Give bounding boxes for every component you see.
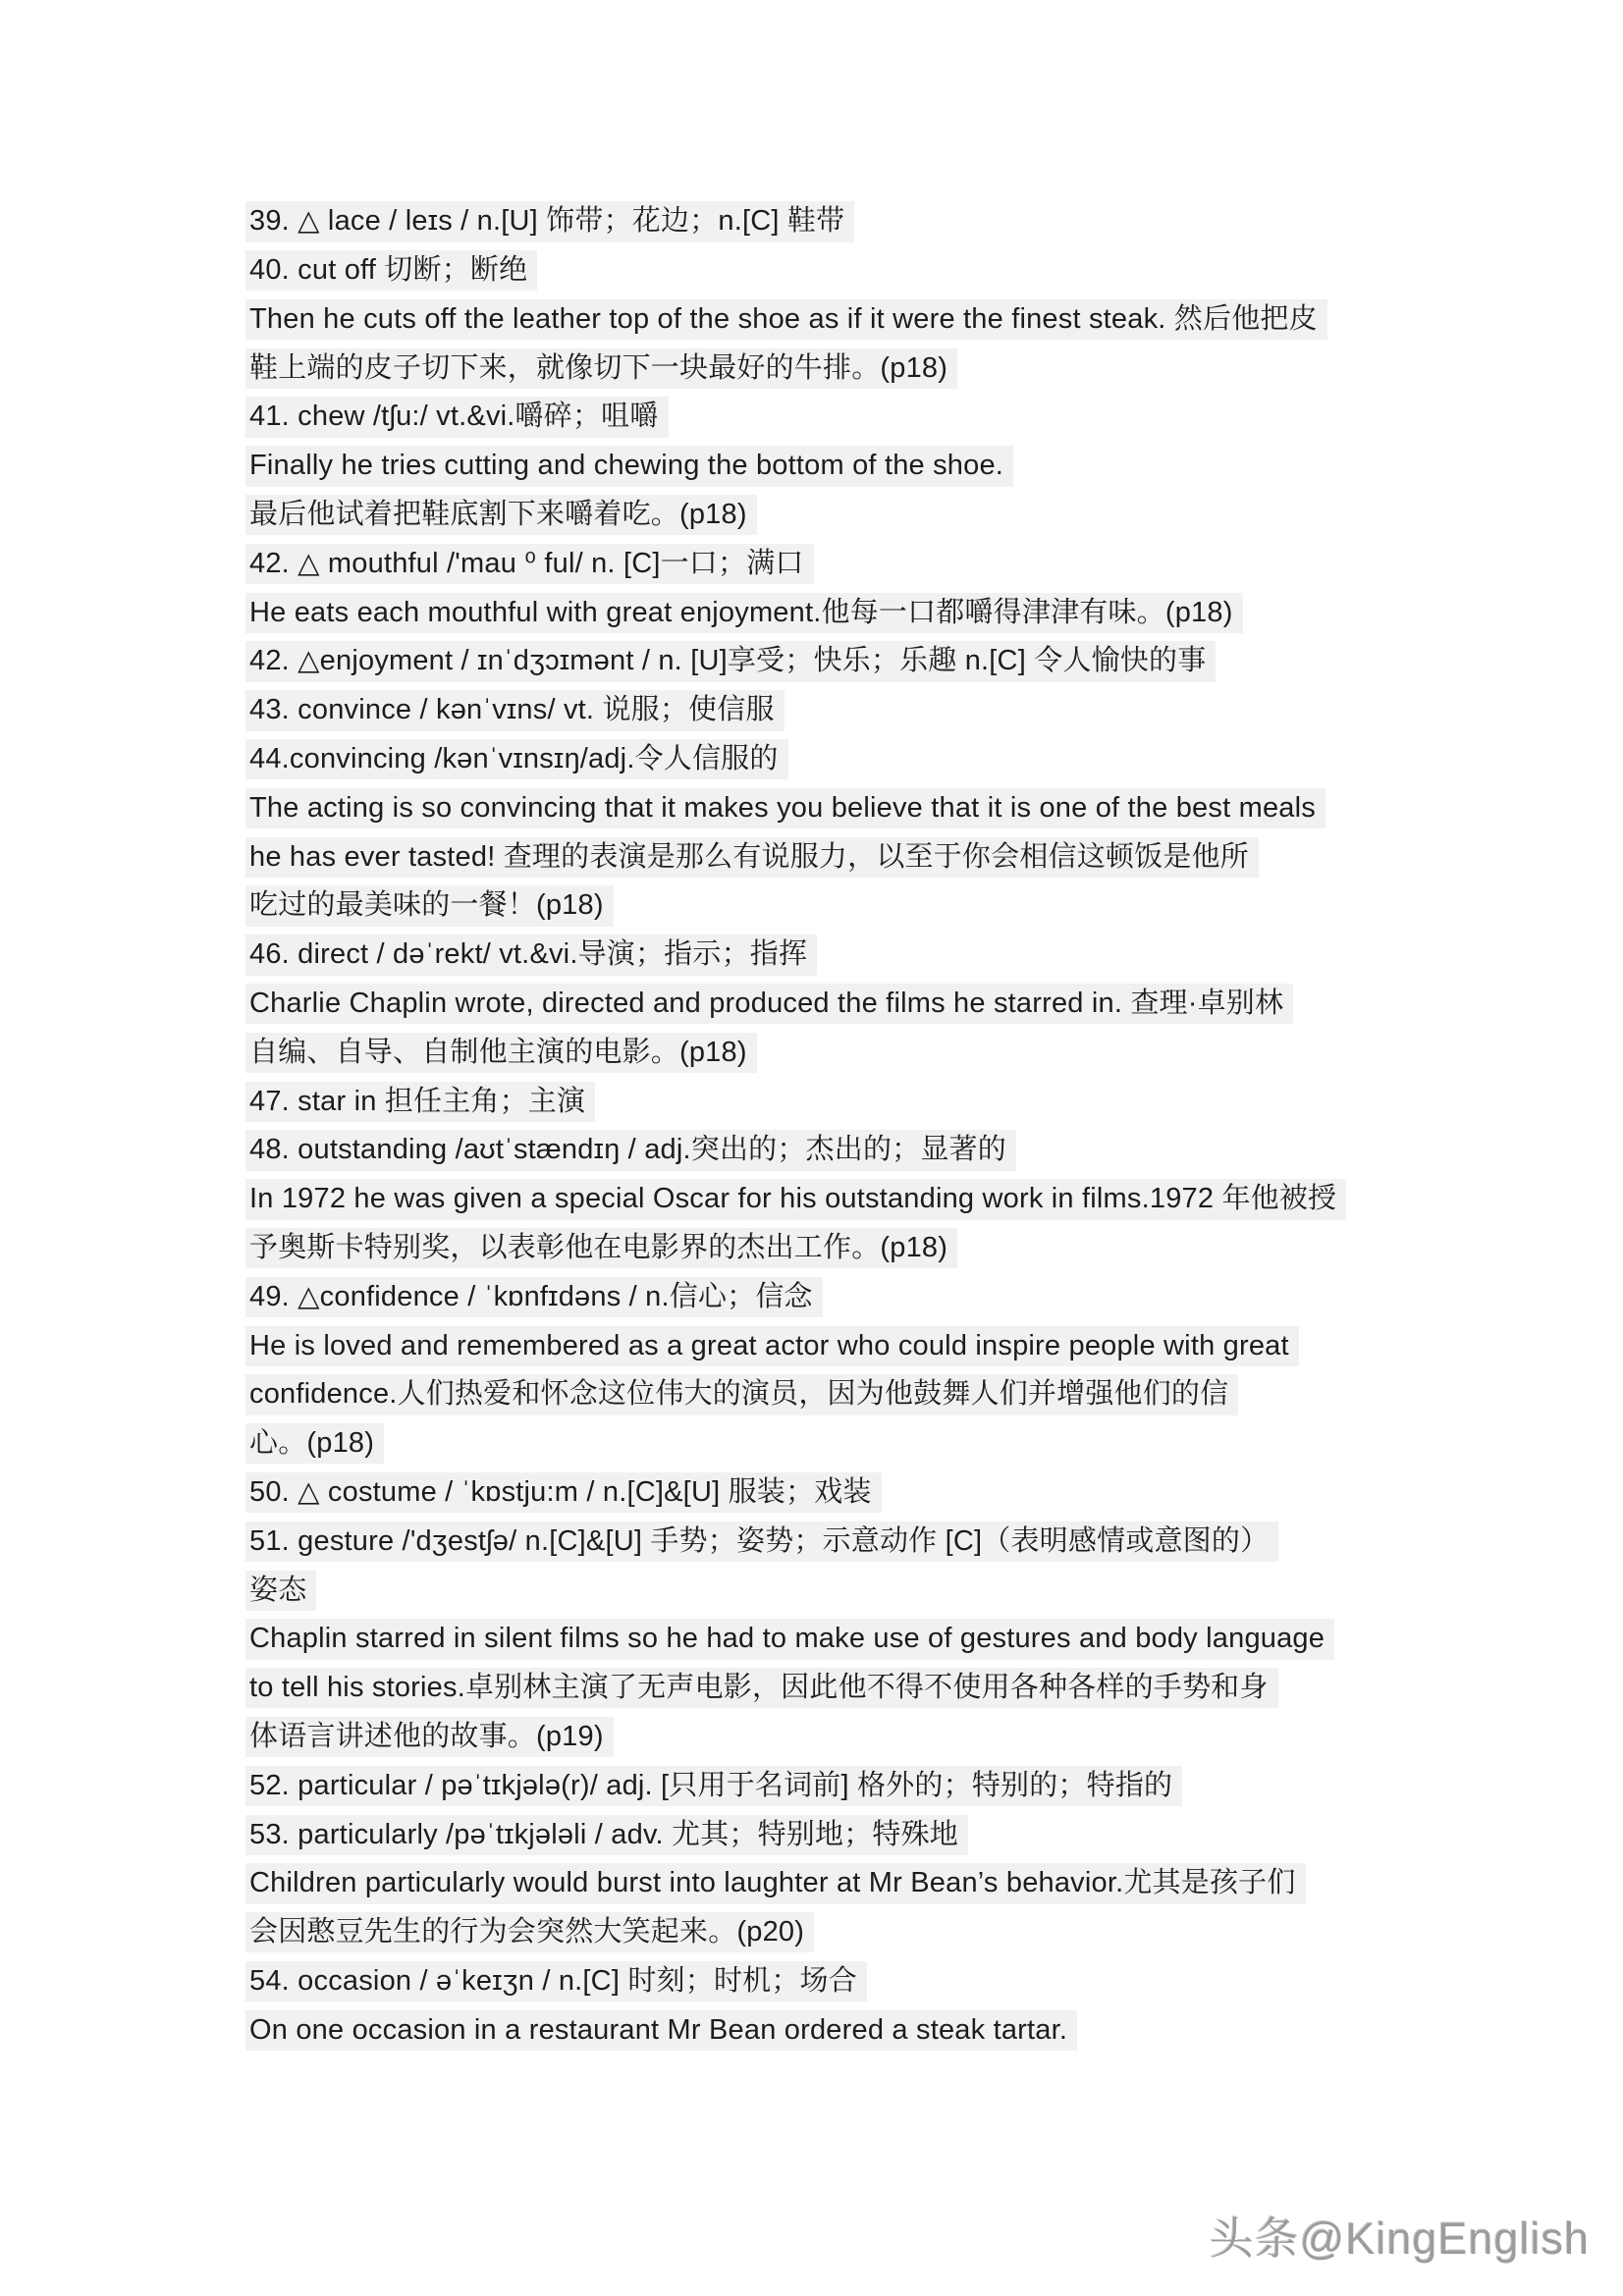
- text-line-content: 48. outstanding /aʊtˈstændɪŋ / adj.突出的；杰…: [245, 1130, 1016, 1170]
- text-line-content: In 1972 he was given a special Oscar for…: [245, 1179, 1346, 1219]
- text-line-content: 姿态: [245, 1571, 316, 1611]
- text-line: He is loved and remembered as a great ac…: [245, 1321, 1473, 1370]
- text-line-content: 53. particularly /pəˈtɪkjələli / adv. 尤其…: [245, 1815, 968, 1855]
- text-line-content: Chaplin starred in silent films so he ha…: [245, 1619, 1334, 1659]
- text-line: 53. particularly /pəˈtɪkjələli / adv. 尤其…: [245, 1810, 1473, 1859]
- text-line: 50. △ costume / ˈkɒstju:m / n.[C]&[U] 服装…: [245, 1468, 1473, 1518]
- text-line-content: 会因憨豆先生的行为会突然大笑起来。(p20): [245, 1912, 814, 1952]
- text-line-content: 42. △ mouthful /'mau ⁰ ful/ n. [C]一口；满口: [245, 544, 814, 584]
- text-line: Chaplin starred in silent films so he ha…: [245, 1615, 1473, 1664]
- text-line-content: Then he cuts off the leather top of the …: [245, 299, 1327, 340]
- text-line-content: 51. gesture /'dʒestʃə/ n.[C]&[U] 手势；姿势；示…: [245, 1522, 1278, 1562]
- text-line-content: 吃过的最美味的一餐！(p18): [245, 885, 614, 926]
- text-line-content: 54. occasion / əˈkeɪʒn / n.[C] 时刻；时机；场合: [245, 1961, 867, 2002]
- text-line-content: Children particularly would burst into l…: [245, 1863, 1306, 1903]
- text-line: Finally he tries cutting and chewing the…: [245, 442, 1473, 491]
- text-line-content: to tell his stories.卓别林主演了无声电影，因此他不得不使用各…: [245, 1668, 1278, 1708]
- text-line: 42. △enjoyment / ɪnˈdʒɔɪmənt / n. [U]享受；…: [245, 637, 1473, 686]
- text-line-content: The acting is so convincing that it make…: [245, 788, 1325, 828]
- text-line: 最后他试着把鞋底割下来嚼着吃。(p18): [245, 491, 1473, 540]
- text-line-content: Charlie Chaplin wrote, directed and prod…: [245, 984, 1293, 1024]
- text-line: 会因憨豆先生的行为会突然大笑起来。(p20): [245, 1908, 1473, 1957]
- text-line: Then he cuts off the leather top of the …: [245, 295, 1473, 345]
- text-line-content: 体语言讲述他的故事。(p19): [245, 1717, 614, 1757]
- text-line-content: Finally he tries cutting and chewing the…: [245, 446, 1013, 486]
- text-line: to tell his stories.卓别林主演了无声电影，因此他不得不使用各…: [245, 1664, 1473, 1713]
- text-line: 体语言讲述他的故事。(p19): [245, 1713, 1473, 1762]
- text-line: In 1972 he was given a special Oscar for…: [245, 1175, 1473, 1224]
- text-line: 40. cut off 切断；断绝: [245, 246, 1473, 295]
- text-line: 39. △ lace / leɪs / n.[U] 饰带；花边；n.[C] 鞋带: [245, 197, 1473, 246]
- text-line: Children particularly would burst into l…: [245, 1859, 1473, 1908]
- text-line: 姿态: [245, 1566, 1473, 1615]
- vocabulary-list: 39. △ lace / leɪs / n.[U] 饰带；花边；n.[C] 鞋带…: [245, 197, 1473, 2055]
- text-line-content: 49. △confidence / ˈkɒnfɪdəns / n.信心；信念: [245, 1277, 823, 1317]
- text-line: On one occasion in a restaurant Mr Bean …: [245, 2005, 1473, 2055]
- text-line-content: 39. △ lace / leɪs / n.[U] 饰带；花边；n.[C] 鞋带: [245, 201, 854, 241]
- text-line-content: 50. △ costume / ˈkɒstju:m / n.[C]&[U] 服装…: [245, 1472, 882, 1513]
- text-line: 42. △ mouthful /'mau ⁰ ful/ n. [C]一口；满口: [245, 540, 1473, 589]
- text-line: 48. outstanding /aʊtˈstændɪŋ / adj.突出的；杰…: [245, 1126, 1473, 1175]
- text-line: 44.convincing /kənˈvɪnsɪŋ/adj.令人信服的: [245, 735, 1473, 784]
- document-page: 39. △ lace / leɪs / n.[U] 饰带；花边；n.[C] 鞋带…: [0, 0, 1623, 2296]
- text-line-content: 43. convince / kənˈvɪns/ vt. 说服；使信服: [245, 690, 784, 730]
- text-line: 52. particular / pəˈtɪkjələ(r)/ adj. [只用…: [245, 1762, 1473, 1811]
- text-line-content: He is loved and remembered as a great ac…: [245, 1326, 1299, 1366]
- text-line-content: 41. chew /tʃu:/ vt.&vi.嚼碎；咀嚼: [245, 397, 669, 437]
- text-line-content: 42. △enjoyment / ɪnˈdʒɔɪmənt / n. [U]享受；…: [245, 641, 1216, 681]
- text-line: He eats each mouthful with great enjoyme…: [245, 588, 1473, 637]
- text-line-content: He eats each mouthful with great enjoyme…: [245, 593, 1243, 633]
- text-line: 心。(p18): [245, 1419, 1473, 1468]
- watermark: 头条@KingEnglish: [1210, 2203, 1590, 2267]
- text-line-content: 46. direct / dəˈrekt/ vt.&vi.导演；指示；指挥: [245, 934, 817, 975]
- text-line-content: 自编、自导、自制他主演的电影。(p18): [245, 1033, 757, 1073]
- text-line: 予奥斯卡特别奖，以表彰他在电影界的杰出工作。(p18): [245, 1224, 1473, 1273]
- text-line-content: 44.convincing /kənˈvɪnsɪŋ/adj.令人信服的: [245, 739, 788, 779]
- text-line: 49. △confidence / ˈkɒnfɪdəns / n.信心；信念: [245, 1273, 1473, 1322]
- text-line: 51. gesture /'dʒestʃə/ n.[C]&[U] 手势；姿势；示…: [245, 1518, 1473, 1567]
- text-line-content: 鞋上端的皮子切下来，就像切下一块最好的牛排。(p18): [245, 348, 957, 389]
- text-line: 吃过的最美味的一餐！(p18): [245, 881, 1473, 931]
- text-line-content: 52. particular / pəˈtɪkjələ(r)/ adj. [只用…: [245, 1766, 1182, 1806]
- text-line-content: 47. star in 担任主角；主演: [245, 1082, 595, 1122]
- text-line: Charlie Chaplin wrote, directed and prod…: [245, 980, 1473, 1029]
- text-line-content: 最后他试着把鞋底割下来嚼着吃。(p18): [245, 495, 757, 535]
- text-line-content: he has ever tasted! 查理的表演是那么有说服力，以至于你会相信…: [245, 837, 1259, 878]
- text-line: 鞋上端的皮子切下来，就像切下一块最好的牛排。(p18): [245, 344, 1473, 393]
- text-line: 54. occasion / əˈkeɪʒn / n.[C] 时刻；时机；场合: [245, 1957, 1473, 2006]
- text-line: 46. direct / dəˈrekt/ vt.&vi.导演；指示；指挥: [245, 931, 1473, 980]
- text-line: 41. chew /tʃu:/ vt.&vi.嚼碎；咀嚼: [245, 393, 1473, 442]
- text-line-content: 40. cut off 切断；断绝: [245, 250, 537, 291]
- text-line: 自编、自导、自制他主演的电影。(p18): [245, 1029, 1473, 1078]
- text-line: 43. convince / kənˈvɪns/ vt. 说服；使信服: [245, 686, 1473, 735]
- text-line: confidence.人们热爱和怀念这位伟大的演员，因为他鼓舞人们并增强他们的信: [245, 1370, 1473, 1419]
- text-line-content: 予奥斯卡特别奖，以表彰他在电影界的杰出工作。(p18): [245, 1228, 957, 1268]
- text-line-content: On one occasion in a restaurant Mr Bean …: [245, 2010, 1077, 2051]
- text-line: The acting is so convincing that it make…: [245, 784, 1473, 833]
- text-line-content: confidence.人们热爱和怀念这位伟大的演员，因为他鼓舞人们并增强他们的信: [245, 1374, 1238, 1415]
- text-line-content: 心。(p18): [245, 1423, 384, 1464]
- text-line: 47. star in 担任主角；主演: [245, 1077, 1473, 1126]
- text-line: he has ever tasted! 查理的表演是那么有说服力，以至于你会相信…: [245, 832, 1473, 881]
